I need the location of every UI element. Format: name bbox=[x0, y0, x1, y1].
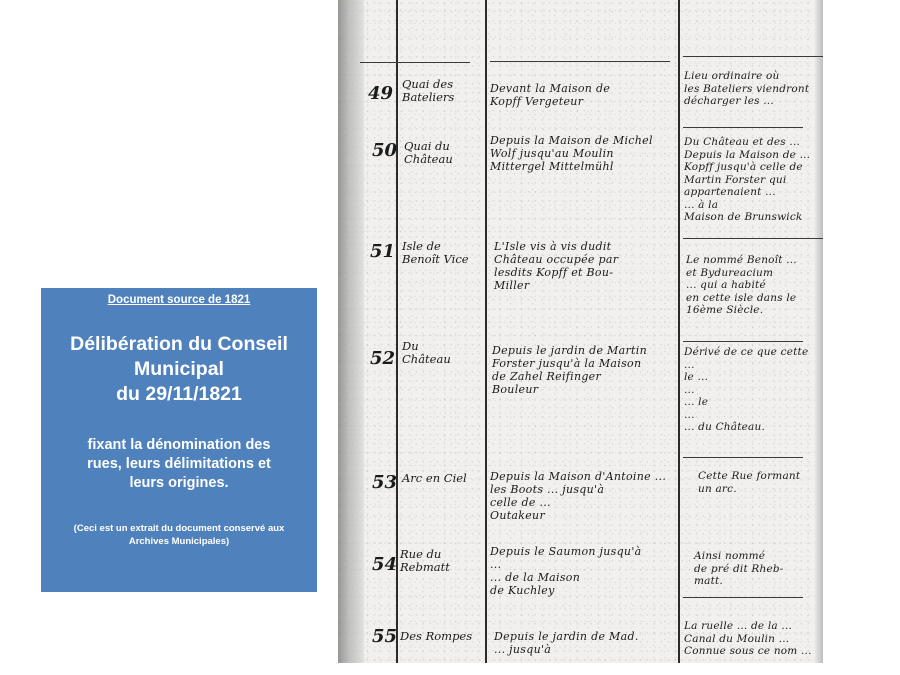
source-label: Document source de 1821 bbox=[49, 294, 309, 306]
entry-limits: Depuis la Maison de MichelWolf jusqu'au … bbox=[490, 134, 653, 173]
title-line: Municipal bbox=[49, 357, 309, 382]
row-rule bbox=[490, 61, 670, 62]
caption-note: (Ceci est un extrait du document conserv… bbox=[49, 522, 309, 548]
entry-number: 49 bbox=[368, 85, 393, 103]
title-line: du 29/11/1821 bbox=[49, 382, 309, 407]
entry-limits: Depuis la Maison d'Antoine ...les Boots … bbox=[490, 470, 666, 522]
entry-number: 55 bbox=[372, 628, 397, 646]
entry-origin: Le nommé Benoît ...et Bydureacium... qui… bbox=[686, 254, 797, 317]
row-rule bbox=[683, 341, 803, 342]
entry-origin: Du Château et des ...Depuis la Maison de… bbox=[684, 136, 810, 224]
caption-title: Délibération du Conseil Municipal du 29/… bbox=[49, 332, 309, 407]
note-line: Archives Municipales) bbox=[49, 535, 309, 548]
entry-number: 52 bbox=[370, 350, 395, 368]
entry-street: Des Rompes bbox=[400, 630, 472, 643]
entry-number: 53 bbox=[372, 474, 397, 492]
entry-origin: Dérivé de ce que cette... le ... ... ...… bbox=[684, 346, 808, 434]
row-rule bbox=[683, 457, 803, 458]
row-rule bbox=[683, 127, 803, 128]
entry-number: 51 bbox=[370, 243, 395, 261]
entry-street: Isle deBenoît Vice bbox=[402, 240, 469, 266]
note-line: (Ceci est un extrait du document conserv… bbox=[49, 522, 309, 535]
caption-box: Document source de 1821 Délibération du … bbox=[41, 288, 317, 592]
row-rule bbox=[683, 238, 823, 239]
entry-limits: Devant la Maison deKopff Vergeteur bbox=[490, 82, 610, 108]
entry-origin: Ainsi nomméde pré dit Rheb-matt. bbox=[694, 550, 784, 588]
description-line: leurs origines. bbox=[49, 474, 309, 493]
entry-number: 54 bbox=[372, 556, 397, 574]
row-rule bbox=[360, 62, 470, 63]
description-line: rues, leurs délimitations et bbox=[49, 455, 309, 474]
description-line: fixant la dénomination des bbox=[49, 436, 309, 455]
column-rule bbox=[485, 0, 487, 663]
manuscript-scan: 49 Quai desBateliers Devant la Maison de… bbox=[338, 0, 823, 663]
row-rule bbox=[683, 597, 803, 598]
caption-description: fixant la dénomination des rues, leurs d… bbox=[49, 436, 309, 493]
entry-limits: Depuis le jardin de Mad.... jusqu'à bbox=[494, 630, 639, 656]
entry-origin: Cette Rue formantun arc. bbox=[698, 470, 800, 495]
entry-street: Rue duRebmatt bbox=[400, 548, 450, 574]
entry-street: DuChâteau bbox=[402, 340, 451, 366]
row-rule bbox=[683, 56, 823, 57]
entry-street: Quai duChâteau bbox=[404, 140, 453, 166]
column-rule bbox=[678, 0, 680, 663]
entry-origin: La ruelle ... de la ...Canal du Moulin .… bbox=[684, 620, 812, 658]
entry-limits: L'Isle vis à vis duditChâteau occupée pa… bbox=[494, 240, 618, 292]
entry-number: 50 bbox=[372, 142, 397, 160]
page-right-edge bbox=[815, 0, 823, 663]
entry-street: Quai desBateliers bbox=[402, 78, 454, 104]
page-binding-shadow bbox=[338, 0, 364, 663]
entry-origin: Lieu ordinaire oùles Bateliers viendront… bbox=[684, 70, 809, 108]
entry-limits: Depuis le Saumon jusqu'à... ... de la Ma… bbox=[490, 545, 642, 597]
title-line: Délibération du Conseil bbox=[49, 332, 309, 357]
entry-limits: Depuis le jardin de MartinForster jusqu'… bbox=[492, 344, 647, 396]
entry-street: Arc en Ciel bbox=[402, 472, 467, 485]
